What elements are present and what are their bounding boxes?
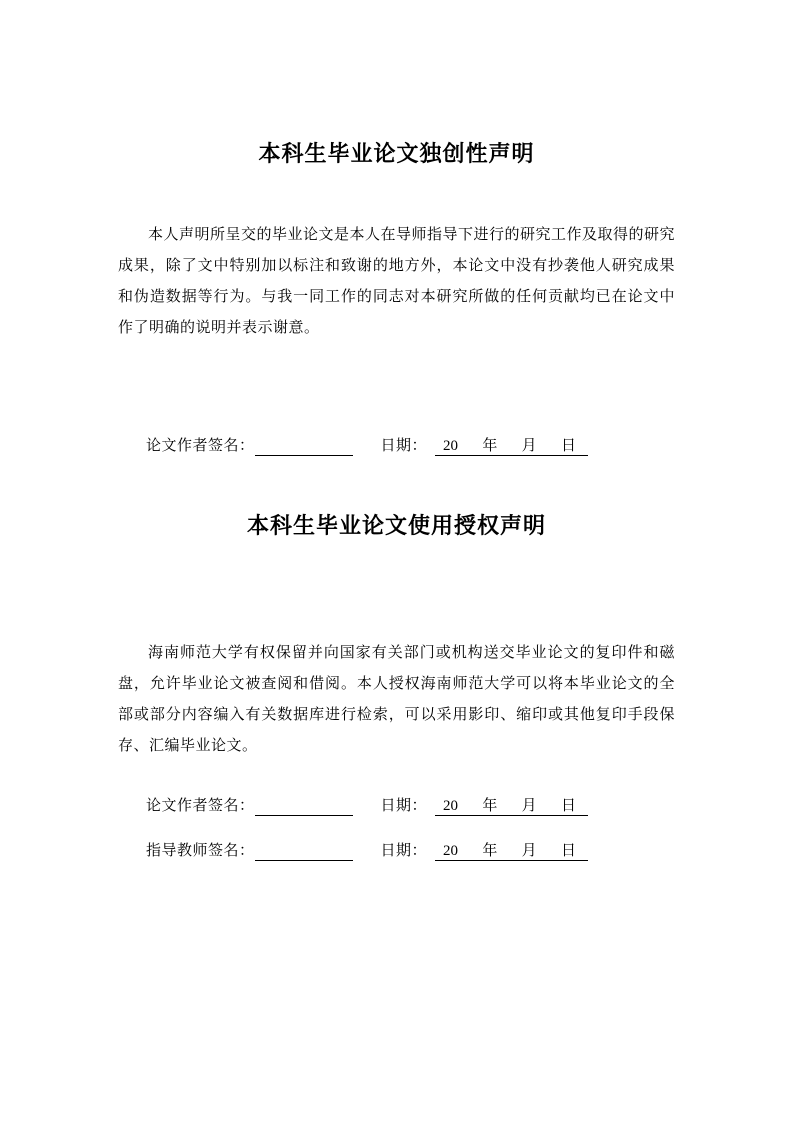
date-century-prefix: 20 xyxy=(443,436,458,455)
authorization-declaration-title: 本科生毕业论文使用授权声明 xyxy=(0,513,793,539)
originality-declaration-body: 本人声明所呈交的毕业论文是本人在导师指导下进行的研究工作及取得的研究成果，除了文… xyxy=(118,220,675,344)
author-signature-blank-field[interactable] xyxy=(255,436,353,456)
authorization-declaration-body: 海南师范大学有权保留并向国家有关部门或机构送交毕业论文的复印件和磁盘，允许毕业论… xyxy=(118,638,675,762)
originality-declaration-title: 本科生毕业论文独创性声明 xyxy=(0,141,793,167)
advisor-signature-label: 指导教师签名： xyxy=(146,841,255,861)
date-month-unit: 月 xyxy=(522,436,537,455)
author-signature-label: 论文作者签名： xyxy=(146,796,255,816)
date-century-prefix: 20 xyxy=(443,841,458,860)
date-month-unit: 月 xyxy=(522,796,537,815)
date-day-unit: 日 xyxy=(561,436,576,455)
date-day-unit: 日 xyxy=(561,841,576,860)
date-year-unit: 年 xyxy=(482,796,497,815)
date-label: 日期： xyxy=(381,436,428,456)
authorization-advisor-signature-row: 指导教师签名： 日期： 20 年 月 日 xyxy=(146,841,675,861)
date-label: 日期： xyxy=(381,796,428,816)
date-year-unit: 年 xyxy=(482,841,497,860)
date-label: 日期： xyxy=(381,841,428,861)
author-signature-label: 论文作者签名： xyxy=(146,436,255,456)
originality-author-signature-row: 论文作者签名： 日期： 20 年 月 日 xyxy=(146,436,675,456)
authorization-author-signature-row: 论文作者签名： 日期： 20 年 月 日 xyxy=(146,796,675,816)
date-blank-field[interactable]: 20 年 月 日 xyxy=(435,436,588,456)
date-day-unit: 日 xyxy=(561,796,576,815)
date-blank-field[interactable]: 20 年 月 日 xyxy=(435,796,588,816)
author-signature-blank-field[interactable] xyxy=(255,796,353,816)
document-page: 本科生毕业论文独创性声明 本人声明所呈交的毕业论文是本人在导师指导下进行的研究工… xyxy=(0,0,793,1122)
date-year-unit: 年 xyxy=(482,436,497,455)
date-century-prefix: 20 xyxy=(443,796,458,815)
advisor-signature-blank-field[interactable] xyxy=(255,841,353,861)
date-blank-field[interactable]: 20 年 月 日 xyxy=(435,841,588,861)
date-month-unit: 月 xyxy=(522,841,537,860)
